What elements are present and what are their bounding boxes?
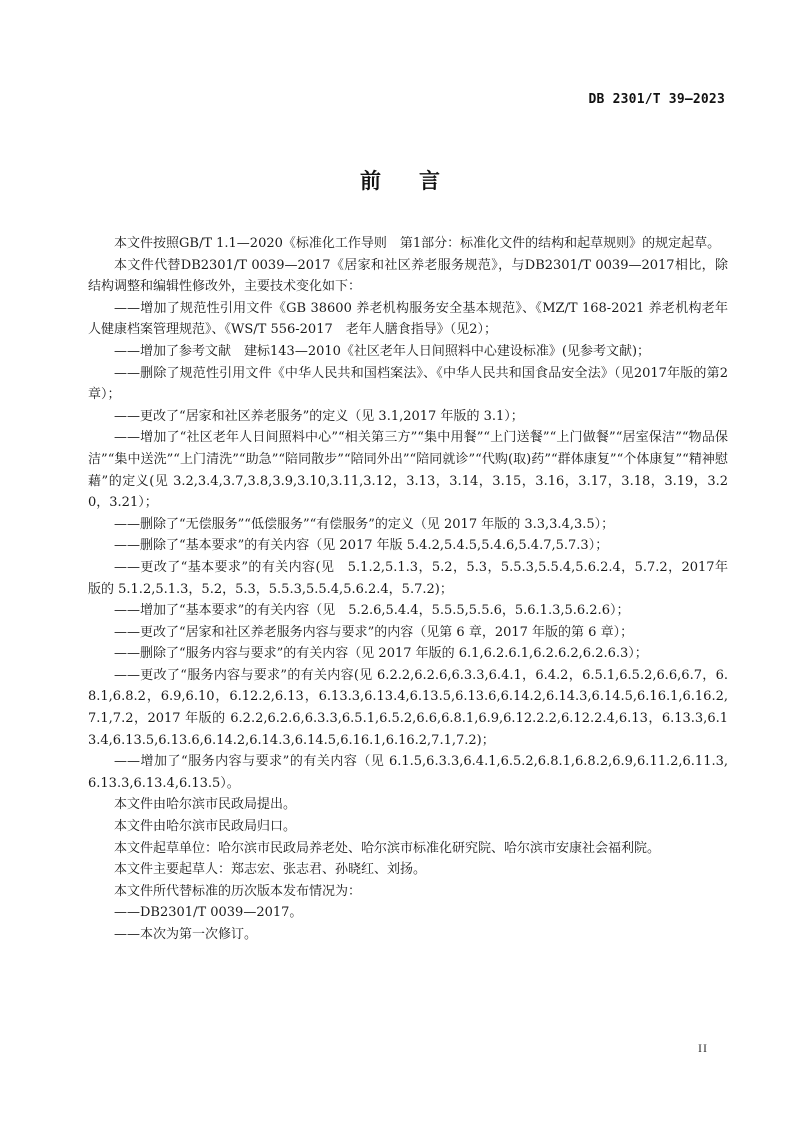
foreword-body: 本文件按照GB/T 1.1—2020《标准化工作导则 第1部分：标准化文件的结构… bbox=[88, 233, 728, 946]
paragraph-drafters: 本文件主要起草人：郑志宏、张志君、孙晓红、刘扬。 bbox=[88, 859, 728, 881]
change-item: ——更改了“基本要求”的有关内容(见 5.1.2,5.1.3，5.2，5.3，5… bbox=[88, 557, 728, 600]
change-item: ——增加了“基本要求”的有关内容（见 5.2.6,5.4.4，5.5.5,5.5… bbox=[88, 600, 728, 622]
paragraph-version-history: 本文件所代替标准的历次版本发布情况为： bbox=[88, 881, 728, 903]
change-item: ——更改了“服务内容与要求”的有关内容(见 6.2.2,6.2.6,6.3.3,… bbox=[88, 665, 728, 751]
change-item: ——增加了参考文献 建标143—2010《社区老年人日间照料中心建设标准》(见参… bbox=[88, 341, 728, 363]
page-title: 前言 bbox=[0, 165, 800, 195]
change-item: ——增加了规范性引用文件《GB 38600 养老机构服务安全基本规范》、《MZ/… bbox=[88, 298, 728, 341]
change-item: ——删除了规范性引用文件《中华人民共和国档案法》、《中华人民共和国食品安全法》（… bbox=[88, 363, 728, 406]
document-code: DB 2301/T 39—2023 bbox=[589, 92, 725, 107]
paragraph-drafting-units: 本文件起草单位：哈尔滨市民政局养老处、哈尔滨市标准化研究院、哈尔滨市安康社会福利… bbox=[88, 838, 728, 860]
paragraph-managed-by: 本文件由哈尔滨市民政局归口。 bbox=[88, 816, 728, 838]
paragraph-proposed-by: 本文件由哈尔滨市民政局提出。 bbox=[88, 794, 728, 816]
paragraph-replaces: 本文件代替DB2301/T 0039—2017《居家和社区养老服务规范》，与DB… bbox=[88, 255, 728, 298]
change-item: ——删除了“服务内容与要求”的有关内容（见 2017 年版的 6.1,6.2.6… bbox=[88, 643, 728, 665]
version-item: ——本次为第一次修订。 bbox=[88, 924, 728, 946]
paragraph-drafting-rules: 本文件按照GB/T 1.1—2020《标准化工作导则 第1部分：标准化文件的结构… bbox=[88, 233, 728, 255]
change-item: ——更改了“居家和社区养老服务内容与要求”的内容（见第 6 章，2017 年版的… bbox=[88, 622, 728, 644]
change-item: ——增加了“服务内容与要求”的有关内容（见 6.1.5,6.3.3,6.4.1,… bbox=[88, 751, 728, 794]
version-item: ——DB2301/T 0039—2017。 bbox=[88, 902, 728, 924]
change-item: ——删除了“无偿服务”“低偿服务”“有偿服务”的定义（见 2017 年版的 3.… bbox=[88, 514, 728, 536]
change-item: ——删除了“基本要求”的有关内容（见 2017 年版 5.4.2,5.4.5,5… bbox=[88, 535, 728, 557]
change-item: ——增加了“社区老年人日间照料中心”“相关第三方”“集中用餐”“上门送餐”“上门… bbox=[88, 427, 728, 513]
change-item: ——更改了“居家和社区养老服务”的定义（见 3.1,2017 年版的 3.1）； bbox=[88, 406, 728, 428]
page-number: II bbox=[698, 1041, 708, 1056]
